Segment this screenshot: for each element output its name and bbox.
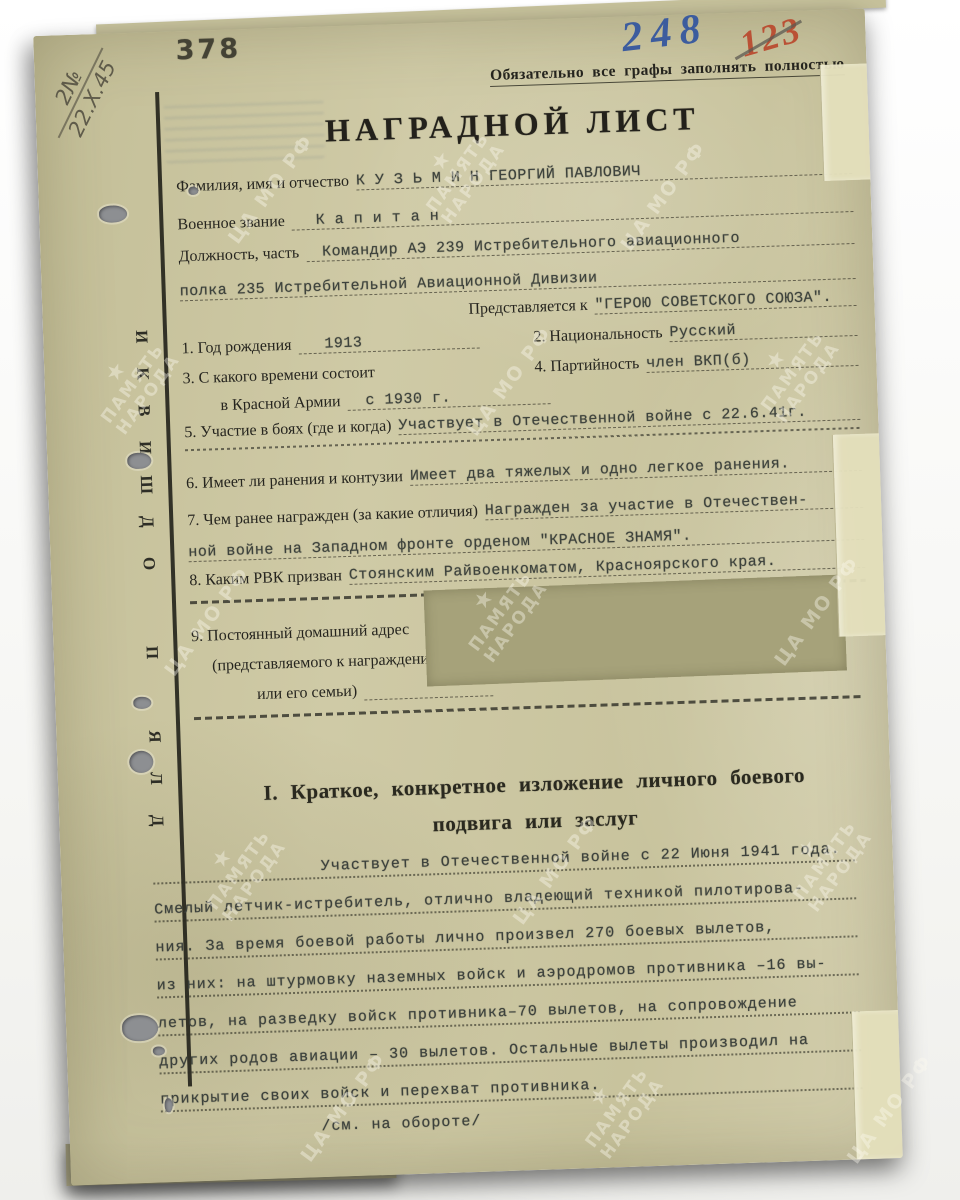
field-birth-row: 1. Год рождения 1913: [181, 323, 480, 358]
margin-letter: Ш: [136, 472, 157, 497]
body-text: прикрытие своих войск и перехват противн…: [160, 1077, 600, 1111]
field-rank-value: К а п и т а н: [292, 208, 440, 230]
field-birth-label: 1. Год рождения: [181, 336, 298, 358]
page-number-stamp: 378: [175, 33, 241, 66]
field-wounds-value: Имеет два тяжелых и одно легкое ранения.: [410, 455, 790, 485]
field-combat-label: 5. Участие в боях (где и когда): [184, 417, 399, 442]
punch-hole: [99, 205, 128, 223]
fill-all-fields-note: Обязательно все графы заполнять полность…: [490, 55, 845, 87]
margin-letter: Я: [144, 724, 165, 749]
paper-tear: [164, 1098, 172, 1112]
field-address-label: 9. Постоянный домашний адрес: [191, 620, 417, 646]
field-party-label: 4. Партийность: [534, 355, 646, 377]
margin-letter: К: [132, 361, 153, 386]
field-rvk-label: 8. Каким РВК призван: [189, 567, 349, 591]
field-wounds-label: 6. Имеет ли ранения и контузии: [186, 467, 410, 493]
punch-hole: [122, 1015, 159, 1042]
field-nominated-line: "ГЕРОЮ СОВЕТСКОГО СОЮЗА".: [594, 285, 856, 315]
margin-letter: Д: [137, 509, 158, 534]
redacted-address-block: [424, 574, 847, 686]
field-birth-value: 1913: [298, 334, 363, 353]
field-address-label3: или его семьи): [257, 682, 365, 704]
paper-tear: [133, 697, 151, 710]
tape-repair: [832, 433, 886, 636]
field-service-since-value: с 1930 г.: [347, 389, 451, 409]
field-position-value: Командир АЭ 239 Истребительного авиацион…: [306, 230, 740, 261]
margin-letter: И: [131, 324, 152, 349]
field-fio-value: К У З Ь М И Н ГЕОРГИЙ ПАВЛОВИЧ: [356, 163, 641, 189]
field-prev-awards-value: Награжден за участие в Отечествен-: [485, 492, 808, 520]
field-combat-value: Участвует в Отечественной войне с 22.6.4…: [398, 404, 807, 435]
handwritten-blue-number: 248: [619, 4, 711, 62]
field-nationality-row: 2. Национальность Русский: [533, 311, 858, 347]
field-nationality-label: 2. Национальность: [533, 324, 670, 347]
field-nationality-line: Русский: [669, 315, 857, 342]
field-birth-line: 1913: [298, 327, 480, 354]
margin-letter: О: [138, 551, 159, 576]
field-wounds-line: Имеет два тяжелых и одно легкое ранения.: [410, 450, 862, 486]
pencil-note: 2№ 22.X.45: [37, 37, 125, 148]
field-address-label2: (представляемого к награждении: [212, 649, 445, 675]
field-party-line: член ВКП(б): [646, 345, 859, 373]
punch-hole: [127, 452, 152, 469]
field-party-row: 4. Партийность член ВКП(б): [534, 341, 859, 377]
field-fio-line: К У З Ь М И Н ГЕОРГИЙ ПАВЛОВИЧ: [356, 153, 853, 190]
field-rank-label: Военное звание: [177, 212, 292, 234]
scanner-background: 378 2№ 22.X.45 248 123 Обязательно все г…: [0, 0, 960, 1200]
field-fio-label: Фамилия, имя и отчество: [176, 172, 356, 196]
field-prev-awards-line: Награжден за участие в Отечествен-: [485, 487, 864, 521]
field-prev-awards-label: 7. Чем ранее награжден (за какие отличия…: [187, 502, 485, 530]
margin-letter: Д: [147, 808, 168, 833]
margin-letter: В: [133, 398, 154, 423]
field-nominated-label: Представляется к: [468, 296, 595, 319]
see-reverse-note: /см. на обороте/: [321, 1112, 482, 1135]
field-nominated-value: "ГЕРОЮ СОВЕТСКОГО СОЮЗА".: [594, 289, 832, 314]
margin-letter: П: [141, 640, 162, 665]
see-reverse-text: /см. на обороте/: [321, 1113, 482, 1137]
field-party-value: член ВКП(б): [646, 351, 751, 371]
tape-repair: [820, 63, 871, 180]
tape-repair: [851, 1010, 903, 1159]
field-position-label: Должность, часть: [178, 244, 306, 267]
field-nationality-value: Русский: [669, 322, 736, 341]
document-page: 378 2№ 22.X.45 248 123 Обязательно все г…: [33, 9, 903, 1186]
field-service-since-label: 3. С какого времени состоит: [182, 363, 382, 388]
